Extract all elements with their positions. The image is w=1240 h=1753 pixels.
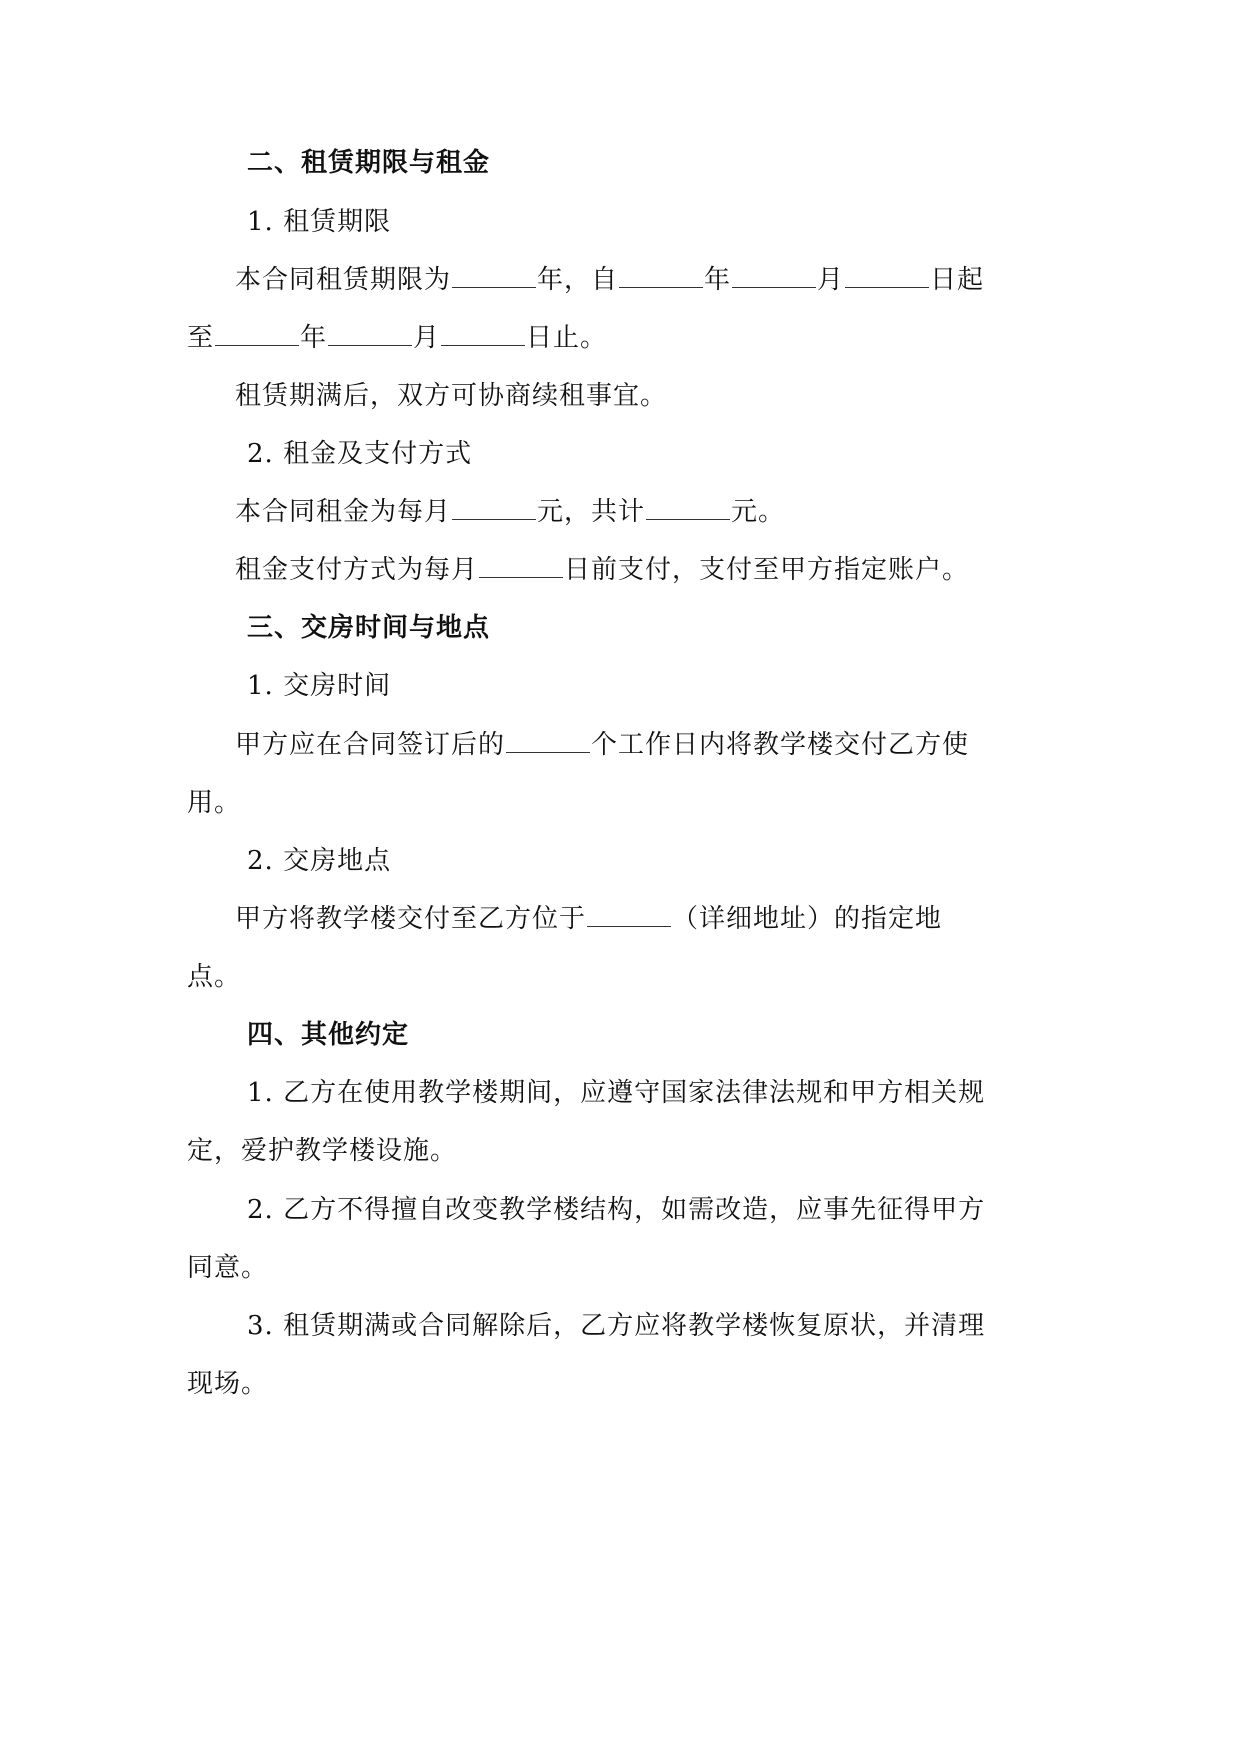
clause-2-line1: 2. 乙方不得擅自改变教学楼结构，如需改造，应事先征得甲方 xyxy=(247,1194,1117,1226)
paragraph-payment-method: 租金支付方式为每月日前支付，支付至甲方指定账户。 xyxy=(235,554,1105,586)
blank-field-end-year[interactable] xyxy=(215,323,299,346)
clause-2-line2: 同意。 xyxy=(187,1252,1057,1284)
paragraph-rent-amount: 本合同租金为每月元，共计元。 xyxy=(235,496,1105,528)
subsection-title-lease-term: 1. 租赁期限 xyxy=(247,206,1117,238)
blank-field-start-day[interactable] xyxy=(845,265,929,288)
blank-field-start-month[interactable] xyxy=(732,265,816,288)
paragraph-handover-place-cont: 点。 xyxy=(187,961,1057,993)
paragraph-renewal: 租赁期满后，双方可协商续租事宜。 xyxy=(235,380,1105,412)
blank-field-years[interactable] xyxy=(452,265,536,288)
clause-1-line1: 1. 乙方在使用教学楼期间，应遵守国家法律法规和甲方相关规 xyxy=(247,1077,1117,1109)
subsection-title-handover-place: 2. 交房地点 xyxy=(247,845,1117,877)
clause-3-line1: 3. 租赁期满或合同解除后，乙方应将教学楼恢复原状，并清理 xyxy=(247,1310,1117,1342)
clause-3-line2: 现场。 xyxy=(187,1368,1057,1400)
clause-1-line2: 定，爱护教学楼设施。 xyxy=(187,1135,1057,1167)
paragraph-handover-time: 甲方应在合同签订后的个工作日内将教学楼交付乙方使 xyxy=(235,729,1105,761)
blank-field-payment-day[interactable] xyxy=(479,555,563,578)
paragraph-lease-term-cont: 至年月日止。 xyxy=(187,322,1057,354)
blank-field-start-year[interactable] xyxy=(619,265,703,288)
blank-field-working-days[interactable] xyxy=(506,730,590,753)
blank-field-total-rent[interactable] xyxy=(646,497,730,520)
paragraph-handover-time-cont: 用。 xyxy=(187,787,1057,819)
subsection-title-rent-payment: 2. 租金及支付方式 xyxy=(247,438,1117,470)
blank-field-end-month[interactable] xyxy=(328,323,412,346)
blank-field-address[interactable] xyxy=(587,904,671,927)
section-heading-lease-term-rent: 二、租赁期限与租金 xyxy=(247,147,1117,179)
paragraph-lease-term: 本合同租赁期限为年，自年月日起 xyxy=(235,264,1057,296)
subsection-title-handover-time: 1. 交房时间 xyxy=(247,670,1117,702)
blank-field-end-day[interactable] xyxy=(441,323,525,346)
section-heading-other-terms: 四、其他约定 xyxy=(247,1019,1117,1051)
paragraph-handover-place: 甲方将教学楼交付至乙方位于（详细地址）的指定地 xyxy=(235,903,1105,935)
blank-field-monthly-rent[interactable] xyxy=(452,497,536,520)
section-heading-handover: 三、交房时间与地点 xyxy=(247,612,1117,644)
